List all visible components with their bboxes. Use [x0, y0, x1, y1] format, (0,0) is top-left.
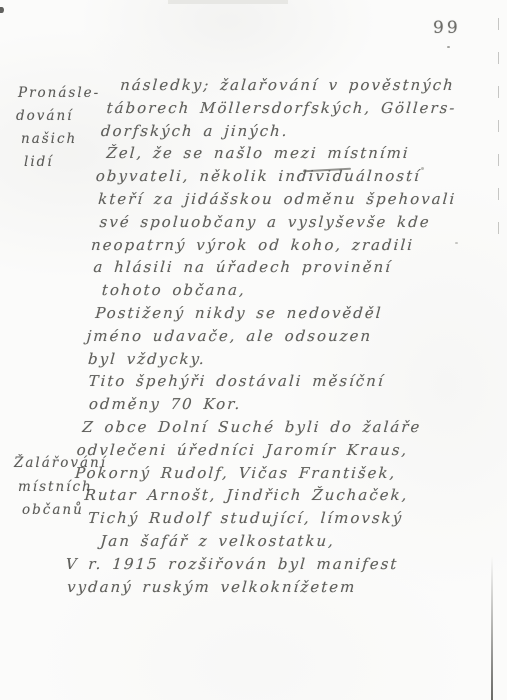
handwritten-line: Z obce Dolní Suché byli do žaláře	[81, 416, 459, 439]
margin-note-persecution: Pronásle- dování našich lidí	[16, 82, 100, 174]
scan-speck	[0, 7, 4, 13]
page-number-dot	[447, 46, 450, 48]
margin-note-line: Pronásle-	[18, 82, 100, 105]
handwritten-line: Tichý Rudolf studující, límovský	[87, 507, 453, 530]
handwritten-line: odměny 70 Kor.	[88, 393, 461, 416]
handwritten-line: neopatrný výrok od koho, zradili	[90, 234, 472, 257]
margin-note-line: našich	[21, 128, 100, 151]
handwritten-line: dorfských a jiných.	[100, 120, 480, 143]
handwritten-line: a hlásili na úřadech provinění	[93, 256, 471, 279]
handwritten-line: táborech Möllersdorfských, Göllers-	[106, 97, 482, 120]
handwritten-line: odvlečeni úředníci Jaromír Kraus,	[76, 439, 458, 462]
handwritten-line: Jan šafář z velkostatku,	[100, 530, 452, 553]
page-edge-line	[498, 18, 499, 253]
page-number: 99	[433, 18, 461, 38]
handwritten-line: Rutar Arnošt, Jindřich Žuchaček,	[84, 484, 455, 507]
handwritten-line: tohoto občana,	[101, 279, 469, 302]
handwritten-line: jméno udavače, ale odsouzen	[86, 325, 466, 348]
handwritten-line: Pokorný Rudolf, Vičas František,	[74, 462, 456, 485]
handwritten-line: následky; žalařování v pověstných	[119, 74, 483, 97]
handwritten-line: Postižený nikdy se nedověděl	[94, 302, 467, 325]
handwritten-line: Žel, že se našlo mezi místními	[106, 142, 479, 165]
margin-note-line: lidí	[24, 151, 100, 174]
scanned-document-page: 99 Pronásle- dování našich lidí Žalářová…	[0, 0, 507, 700]
handwritten-line: Tito špehýři dostávali měsíční	[88, 370, 463, 393]
handwritten-line: kteří za jidášskou odměnu špehovali	[97, 188, 475, 211]
margin-note-line: dování	[16, 105, 100, 128]
handwritten-line: byl vždycky.	[87, 348, 464, 371]
handwritten-line: V r. 1915 rozšiřován byl manifest	[65, 553, 450, 576]
scan-smudge	[168, 0, 288, 4]
handwritten-line: své spoluobčany a vyslyševše kde	[99, 211, 474, 234]
handwritten-line: vydaný ruským velkoknížetem	[66, 576, 448, 599]
page-fold-line	[491, 556, 493, 700]
handwritten-text-block: následky; žalařování v pověstných tábore…	[66, 74, 483, 598]
handwritten-line: obyvateli, několik individuálností	[95, 165, 477, 188]
